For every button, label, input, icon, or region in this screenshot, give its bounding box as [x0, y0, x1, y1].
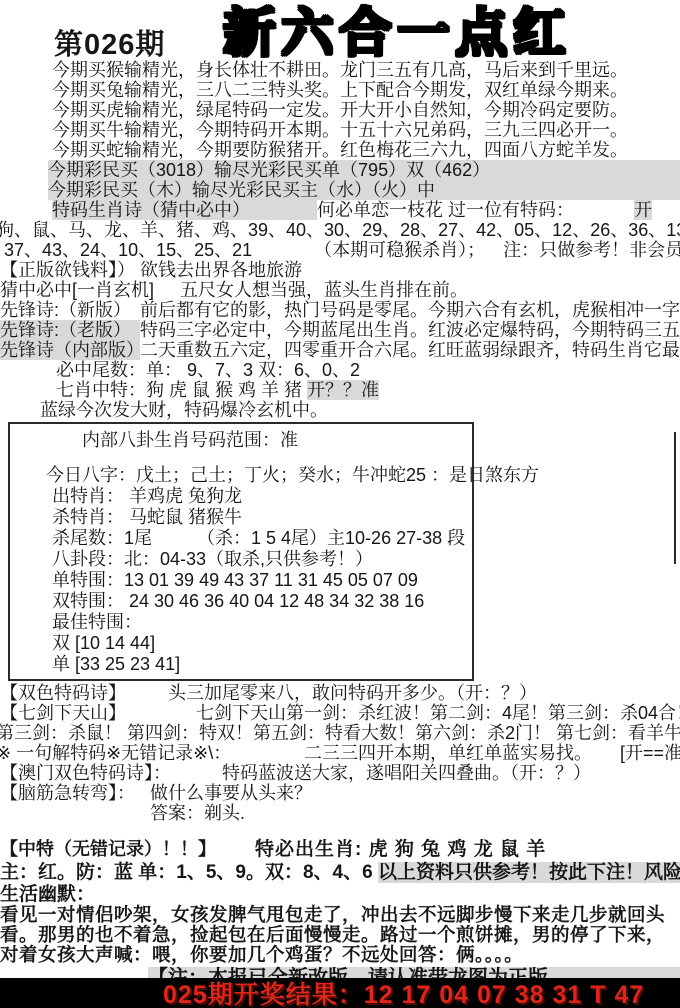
- shengxiao-poem-label: 特码生肖诗（猜中必中）: [52, 200, 317, 220]
- zodiac-note-paren: （本期可稳猴杀肖）；: [314, 240, 485, 260]
- bagua-line-shaweishu: 杀尾数：1尾 （杀：1 5 4尾）主10-26 27-38 段: [52, 528, 466, 549]
- shuangse-row: 【双色特码诗】头三加尾零来八，敢问特码开多少。（开：？）: [0, 683, 680, 703]
- bagua-line-dan: 单 [33 25 23 41]: [52, 654, 466, 675]
- tip-sheet-page: 第026期 新六合一点红 今期买猴输精光，身长体壮不耕田。龙门三五有几高，马后来…: [0, 0, 680, 1008]
- results-bar: 025期开奖结果：12 17 04 07 38 31 T 47: [0, 978, 680, 1008]
- bagua-line-dantewei: 单特围：13 01 39 49 43 37 11 31 45 05 07 09: [52, 570, 466, 591]
- shengxiao-poem-content: 何必单恋一枝花 过一位有特码：: [317, 200, 574, 220]
- naojin-question: 做什么事要从头来？: [150, 783, 312, 803]
- xianfeng-label: 先锋诗:（老版）: [0, 320, 140, 340]
- humor-label: 生活幽默：: [0, 884, 680, 905]
- xianfeng-label: 先锋诗:（新版）: [0, 300, 140, 320]
- qixiao-animals: 狗 虎 鼠 猴 鸡 羊 猪: [146, 380, 302, 400]
- zhongte-row: 【中特（无错记录）！！】特必出生肖: 虎 狗 兔 鸡 龙 鼠 羊: [0, 837, 680, 862]
- yixiao-row: 猜中必中[一肖玄机]五尺女人想当强，蓝头生肖排在前。: [0, 280, 680, 300]
- xianfeng-content: 前后都有它的影，热门号码是零尾。今期六合有玄机，虎猴相冲一字开。: [140, 300, 680, 320]
- header: 第026期 新六合一点红: [0, 2, 680, 60]
- qijian-row: 【七剑下天山】七剑下天山第一剑：杀红波！第二剑：4尾！第三剑：杀04合！: [0, 703, 680, 723]
- zhufang-main: 主：红。防：蓝 单：1、5、9。双：8、4、6: [0, 862, 378, 883]
- xianfeng-row: 先锋诗（内部版）二天重数五六定，四零重开合六尾。红旺蓝弱绿跟齐，特码生肖它最大。: [0, 340, 680, 360]
- results-text: 025期开奖结果：12 17 04 07 38 31 T 47: [163, 975, 644, 1008]
- xianfeng-content: 二天重数五六定，四零重开合六尾。红旺蓝弱绿跟齐，特码生肖它最大。: [140, 340, 680, 360]
- qixiao-prefix: 七肖中特：: [56, 380, 146, 400]
- yuqian-content: 欲钱去出界各地旅游: [140, 260, 302, 280]
- xianfeng-row: 先锋诗:（老版）特码三字必定中，今期蓝尾出生肖。红波必定爆特码，今期特码三五八。: [0, 320, 680, 340]
- bizhong-weishu-row: 必中尾数：单： 9、7、3 双：6、0、2: [56, 360, 680, 380]
- shuangse-label: 【双色特码诗】: [0, 683, 168, 703]
- bagua-line-chutexiao: 出特肖： 羊鸡虎 兔狗龙: [52, 486, 466, 507]
- shengxiao-poem-row: 特码生肖诗（猜中必中）何必单恋一枝花 过一位有特码：开: [52, 200, 680, 220]
- shuangse-content: 头三加尾零来八，敢问特码开多少。（开：？）: [168, 683, 537, 703]
- xianfeng-row: 先锋诗:（新版）前后都有它的影，热门号码是零尾。今期六合有玄机，虎猴相冲一字开。: [0, 300, 680, 320]
- yuqian-row: 【正版欲钱料】）欲钱去出界各地旅游: [0, 260, 680, 280]
- yixiao-content: 五尺女人想当强，蓝头生肖排在前。: [180, 280, 468, 300]
- yixiao-label: 猜中必中[一肖玄机]: [0, 280, 180, 300]
- bagua-line-zuijia: 最佳特围：: [52, 612, 466, 633]
- bagua-line-baguaduan: 八卦段：北：04-33（取杀,只供参考！）: [52, 549, 466, 570]
- zhufang-warning: 以上资料只供参考！按此下注！风险自负: [378, 862, 680, 883]
- bagua-line-bazi: 今日八字：戊土；己土；丁火；癸水；牛冲蛇25 ：是日煞东方: [46, 465, 466, 486]
- zhongte-animals: 特必出生肖: 虎 狗 兔 鸡 龙 鼠 羊: [255, 839, 546, 860]
- results-label: 025期开奖结果：: [163, 981, 364, 1008]
- yijie-teqima-row: ※ 一句解特码※无错记录※\：二三三四开本期，单红单蓝实易找。[开==准: [0, 743, 680, 763]
- yuqian-label: 【正版欲钱料】）: [0, 260, 140, 280]
- bagua-line-shuang: 双 [10 14 44]: [52, 633, 466, 654]
- xianfeng-content: 特码三字必定中，今期蓝尾出生肖。红波必定爆特码，今期特码三五八。: [140, 320, 680, 340]
- issue-number: 第026期: [54, 30, 165, 60]
- zodiac-numbers-line1: 狗、鼠、马、龙、羊、猪、鸡、39、40、30、29、28、27、42、05、12…: [0, 220, 680, 240]
- shengxiao-poem-kai: 开: [634, 200, 652, 220]
- zodiac-numbers-line2: 37、43、24、10、15、25、21（本期可稳猴杀肖）；注：只做参考！非会员…: [4, 240, 680, 260]
- scan-artifact-line: [674, 432, 676, 564]
- qijian-content: 七剑下天山第一剑：杀红波！第二剑：4尾！第三剑：杀04合！: [196, 703, 680, 723]
- yijie-label: ※ 一句解特码※无错记录※\：: [0, 743, 304, 763]
- aomen-content: 特码蓝波送大家，遂唱阳关四叠曲。（开：？）: [222, 763, 591, 783]
- xianfeng-label: 先锋诗（内部版）: [0, 340, 140, 360]
- caimin-line: 今期彩民买（3018）输尽光彩民买单（795）双（462）: [48, 160, 680, 180]
- yijie-content: 二三三四开本期，单红单蓝实易找。: [304, 743, 592, 763]
- naojin-row: 【脑筋急转弯】：做什么事要从头来？: [0, 783, 680, 803]
- humor-text: 看见一对情侣吵架，女孩发脾气甩包走了，冲出去不远脚步慢下来走几步就回头看。那男的…: [0, 905, 678, 965]
- poem-line: 今期买蛇输精光，今期要防猴猪开。红色梅花三六九，四面八方蛇羊发。: [52, 140, 680, 160]
- bagua-box-title: 内部八卦生肖号码范围：准: [82, 430, 466, 451]
- poem-line: 今期买牛输精光，今期特码开本期。十五十六兄弟码，三九三四必开一。: [52, 120, 680, 140]
- lanlv-row: 蓝绿今次发大财，特码爆冷玄机中。: [40, 400, 680, 420]
- yijie-kai: [开==准: [620, 743, 680, 763]
- results-numbers: 12 17 04 07 38 31 T 47: [364, 981, 645, 1008]
- bagua-line-shuangtewei: 双特围： 24 30 46 36 40 04 12 48 34 32 38 16: [52, 591, 466, 612]
- naojin-answer: 答案：剃头.: [150, 803, 680, 823]
- qixiao-zhongte-row: 七肖中特：狗 虎 鼠 猴 鸡 羊 猪 开？？准: [56, 380, 680, 400]
- zodiac-note: 注：只做参考！非会员料！！: [503, 240, 680, 260]
- page-title: 新六合一点红: [223, 8, 571, 60]
- aomen-label: 【澳门双色特码诗】：: [0, 763, 222, 783]
- qijian-label: 【七剑下天山】: [0, 703, 196, 723]
- caimin-line: 今期彩民买（木）输尽光彩民买主（水）（火）中: [48, 180, 680, 200]
- zodiac-numbers: 37、43、24、10、15、25、21: [4, 240, 252, 260]
- qixiao-kai: 开？？准: [307, 380, 379, 400]
- zhongte-label: 【中特（无错记录）！！】: [0, 837, 255, 861]
- aomen-row: 【澳门双色特码诗】：特码蓝波送大家，遂唱阳关四叠曲。（开：？）: [0, 763, 680, 783]
- bagua-line-shatexiao: 杀特肖： 马蛇鼠 猪猴牛: [52, 507, 466, 528]
- poem-line: 今期买兔输精光，三八二三特头奖。上下配合今期发，双红单绿今期来。: [52, 80, 680, 100]
- naojin-label: 【脑筋急转弯】：: [0, 783, 150, 803]
- poem-line: 今期买虎输精光，绿尾特码一定发。开大开小自然知，今期冷码定要防。: [52, 100, 680, 120]
- bagua-box: 内部八卦生肖号码范围：准 今日八字：戊土；己土；丁火；癸水；牛冲蛇25 ：是日煞…: [8, 422, 474, 681]
- poem-line: 今期买猴输精光，身长体壮不耕田。龙门三五有几高，马后来到千里远。: [52, 60, 680, 80]
- qijian-row2: 第三剑：杀鼠！ 第四剑：特双！第五剑：特看大数！第六剑：杀2门！ 第七剑：看羊牛…: [0, 723, 680, 743]
- zhufang-row: 主：红。防：蓝 单：1、5、9。双：8、4、6 以上资料只供参考！按此下注！风险…: [0, 862, 680, 884]
